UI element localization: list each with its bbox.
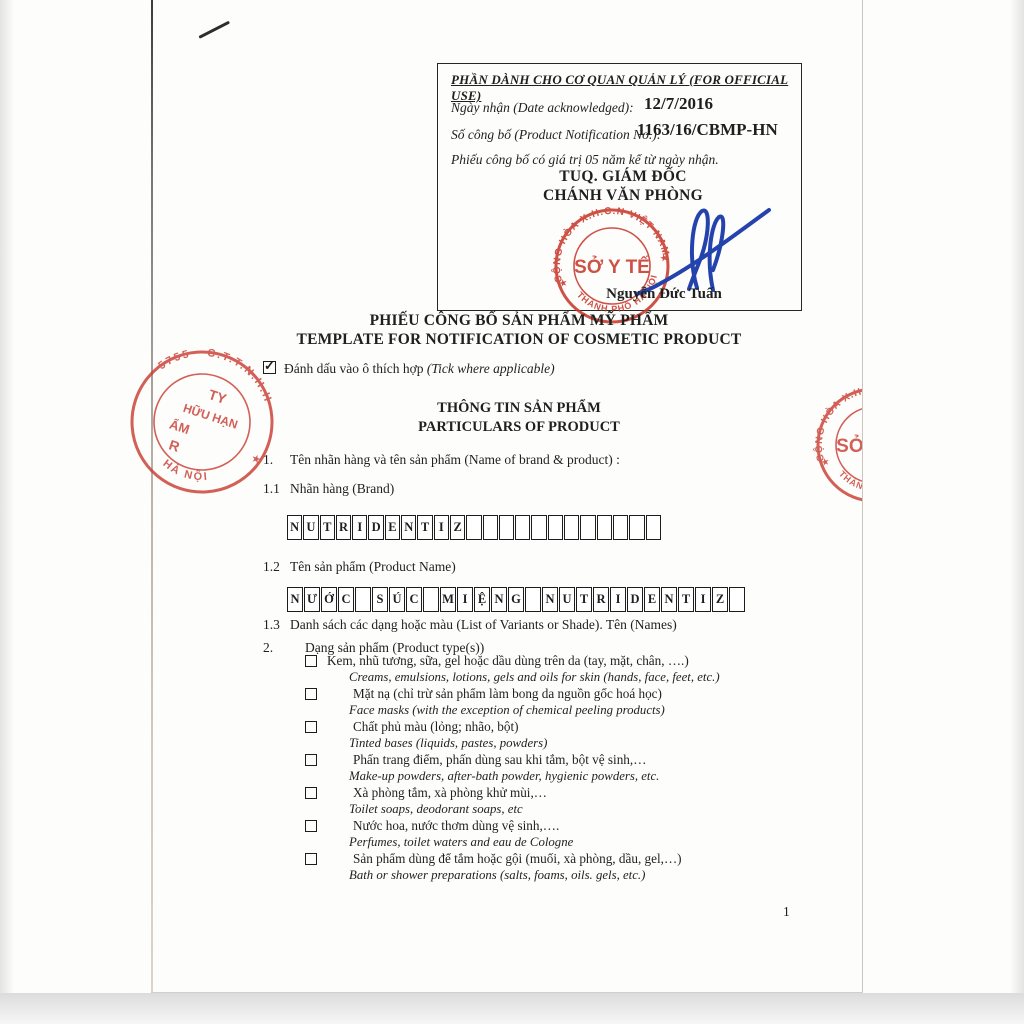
grid-cell (525, 587, 541, 612)
grid-cell: C (338, 587, 354, 612)
product-type-label-vi: Kem, nhũ tương, sữa, gel hoặc dầu dùng t… (327, 653, 845, 669)
scan-edge-left (0, 0, 14, 1024)
grid-cell: T (678, 587, 694, 612)
grid-cell: N (401, 515, 416, 540)
grid-cell: G (508, 587, 524, 612)
row-1-3: 1.3 Danh sách các dạng hoặc màu (List of… (263, 617, 863, 633)
grid-cell (580, 515, 595, 540)
grid-cell: U (303, 515, 318, 540)
tick-note-en: (Tick where applicable) (427, 361, 555, 376)
grid-cell: T (576, 587, 592, 612)
product-type-item: Nước hoa, nước thơm dùng vệ sinh,….Perfu… (305, 818, 845, 850)
company-stamp-line2: HỮU HẠN (181, 400, 239, 432)
row-2-number: 2. (263, 640, 273, 656)
product-type-item: Mặt nạ (chỉ trừ sản phẩm làm bong da ngu… (305, 686, 845, 718)
product-type-label-en: Face masks (with the exception of chemic… (349, 702, 845, 718)
product-type-label-vi: Nước hoa, nước thơm dùng vệ sinh,…. (353, 818, 845, 834)
grid-cell: N (287, 587, 303, 612)
grid-cell: N (661, 587, 677, 612)
validity-note: Phiếu công bố có giá trị 05 năm kể từ ng… (451, 152, 719, 168)
product-type-label-vi: Phấn trang điểm, phấn dùng sau khi tắm, … (353, 752, 845, 768)
grid-cell (613, 515, 628, 540)
product-type-label-en: Tinted bases (liquids, pastes, powders) (349, 735, 845, 751)
grid-cell: R (593, 587, 609, 612)
grid-cell: I (457, 587, 473, 612)
product-type-label-en: Perfumes, toilet waters and eau de Colog… (349, 834, 845, 850)
row-1-1: 1.1 Nhãn hàng (Brand) (263, 481, 823, 497)
scanned-document-page: PHẦN DÀNH CHO CƠ QUAN QUẢN LÝ (FOR OFFIC… (0, 0, 1024, 1024)
grid-cell: Z (450, 515, 465, 540)
product-name-letter-grid: NƯỚCSÚCMIỆNGNUTRIDENTIZ (287, 587, 745, 612)
scan-shadow-bottom (0, 993, 1024, 1024)
grid-cell: Ớ (321, 587, 337, 612)
company-stamp-line4: R (167, 436, 182, 454)
row-1-3-number: 1.3 (263, 617, 280, 633)
signer-title-1: TUQ. GIÁM ĐỐC (478, 168, 768, 186)
row-1-1-label: Nhãn hàng (Brand) (290, 481, 823, 497)
checkbox-unchecked-icon (305, 787, 317, 799)
date-acknowledged-label: Ngày nhận (Date acknowledged): (451, 100, 634, 116)
page-bottom-edge (151, 992, 863, 993)
tick-note-vi: Đánh dấu vào ô thích hợp (284, 361, 423, 376)
grid-cell: C (406, 587, 422, 612)
grid-cell (531, 515, 546, 540)
product-type-list: Kem, nhũ tương, sữa, gel hoặc dầu dùng t… (305, 653, 845, 884)
row-1-2-label: Tên sản phẩm (Product Name) (290, 559, 823, 575)
product-type-label-en: Toilet soaps, deodorant soaps, etc (349, 801, 845, 817)
checkbox-unchecked-icon (305, 655, 317, 667)
row-1-1-number: 1.1 (263, 481, 280, 497)
grid-cell (597, 515, 612, 540)
product-type-label-vi: Chất phủ màu (lỏng; nhão, bột) (353, 719, 845, 735)
stamp-center-text: SỞ Y TẾ (836, 435, 862, 457)
checkbox-unchecked-icon (305, 721, 317, 733)
row-1-number: 1. (263, 452, 273, 468)
grid-cell: Ú (389, 587, 405, 612)
company-stamp-line1: TY (207, 386, 230, 407)
product-type-item: Phấn trang điểm, phấn dùng sau khi tắm, … (305, 752, 845, 784)
product-type-label-vi: Mặt nạ (chỉ trừ sản phẩm làm bong da ngu… (353, 686, 845, 702)
product-info-heading-en: PARTICULARS OF PRODUCT (239, 418, 799, 437)
grid-cell: E (644, 587, 660, 612)
grid-cell: Ư (304, 587, 320, 612)
row-1: 1. Tên nhãn hàng và tên sản phẩm (Name o… (263, 452, 823, 468)
grid-cell: I (352, 515, 367, 540)
grid-cell: U (559, 587, 575, 612)
product-type-label-vi: Sản phẩm dùng để tắm hoặc gội (muối, xà … (353, 851, 845, 867)
page-right-edge (862, 0, 863, 993)
grid-cell (515, 515, 530, 540)
grid-cell: N (287, 515, 302, 540)
grid-cell (483, 515, 498, 540)
official-use-box: PHẦN DÀNH CHO CƠ QUAN QUẢN LÝ (FOR OFFIC… (437, 63, 802, 311)
signer-name: Nguyễn Đức Tuấn (554, 286, 774, 303)
document-title-en: TEMPLATE FOR NOTIFICATION OF COSMETIC PR… (239, 330, 799, 349)
product-info-heading: THÔNG TIN SẢN PHẨM PARTICULARS OF PRODUC… (239, 399, 799, 436)
grid-cell (548, 515, 563, 540)
grid-cell: T (320, 515, 335, 540)
page-number: 1 (783, 904, 790, 920)
grid-cell (646, 515, 661, 540)
company-stamp-star-icon: ★ (249, 452, 262, 467)
product-type-label-en: Bath or shower preparations (salts, foam… (349, 867, 845, 883)
product-type-item: Xà phòng tắm, xà phòng khử mùi,…Toilet s… (305, 785, 845, 817)
document-title-vi: PHIẾU CÔNG BỐ SẢN PHẨM MỸ PHẨM (239, 311, 799, 330)
grid-cell: I (434, 515, 449, 540)
checkbox-unchecked-icon (305, 853, 317, 865)
product-type-label-en: Creams, emulsions, lotions, gels and oil… (349, 669, 845, 685)
document-title: PHIẾU CÔNG BỐ SẢN PHẨM MỸ PHẨM TEMPLATE … (239, 311, 799, 349)
row-1-3-label: Danh sách các dạng hoặc màu (List of Var… (290, 617, 863, 633)
product-info-heading-vi: THÔNG TIN SẢN PHẨM (239, 399, 799, 418)
grid-cell: D (627, 587, 643, 612)
checkbox-unchecked-icon (305, 688, 317, 700)
grid-cell: D (368, 515, 383, 540)
grid-cell: I (610, 587, 626, 612)
company-stamp-line3: ẨM (168, 417, 192, 438)
checkbox-unchecked-icon (305, 754, 317, 766)
grid-cell (629, 515, 644, 540)
grid-cell: E (385, 515, 400, 540)
row-1-2-number: 1.2 (263, 559, 280, 575)
grid-cell: Z (712, 587, 728, 612)
scan-edge-right (1010, 0, 1024, 1024)
grid-cell: T (417, 515, 432, 540)
grid-cell: Ệ (474, 587, 490, 612)
product-type-label-en: Make-up powders, after-bath powder, hygi… (349, 768, 845, 784)
grid-cell (466, 515, 481, 540)
product-type-item: Sản phẩm dùng để tắm hoặc gội (muối, xà … (305, 851, 845, 883)
grid-cell (423, 587, 439, 612)
pen-scratch-mark (198, 21, 229, 39)
grid-cell: M (440, 587, 456, 612)
row-1-2: 1.2 Tên sản phẩm (Product Name) (263, 559, 823, 575)
grid-cell: I (695, 587, 711, 612)
notification-no-label: Số công bố (Product Notification No.): (451, 127, 661, 143)
grid-cell (564, 515, 579, 540)
grid-cell: S (372, 587, 388, 612)
date-acknowledged-value: 12/7/2016 (644, 94, 713, 114)
row-1-label: Tên nhãn hàng và tên sản phẩm (Name of b… (290, 452, 823, 468)
notification-no-value: 1163/16/CBMP-HN (637, 120, 778, 140)
brand-letter-grid: NUTRIDENTIZ (287, 515, 661, 540)
grid-cell (499, 515, 514, 540)
product-type-item: Chất phủ màu (lỏng; nhão, bột)Tinted bas… (305, 719, 845, 751)
grid-cell: N (542, 587, 558, 612)
grid-cell (729, 587, 745, 612)
grid-cell: N (491, 587, 507, 612)
product-type-label-vi: Xà phòng tắm, xà phòng khử mùi,… (353, 785, 845, 801)
product-type-item: Kem, nhũ tương, sữa, gel hoặc dầu dùng t… (305, 653, 845, 685)
tick-note-row: ✓Đánh dấu vào ô thích hợp (Tick where ap… (263, 361, 555, 377)
grid-cell: R (336, 515, 351, 540)
checked-checkbox-icon: ✓ (263, 361, 276, 374)
grid-cell (355, 587, 371, 612)
checkbox-unchecked-icon (305, 820, 317, 832)
